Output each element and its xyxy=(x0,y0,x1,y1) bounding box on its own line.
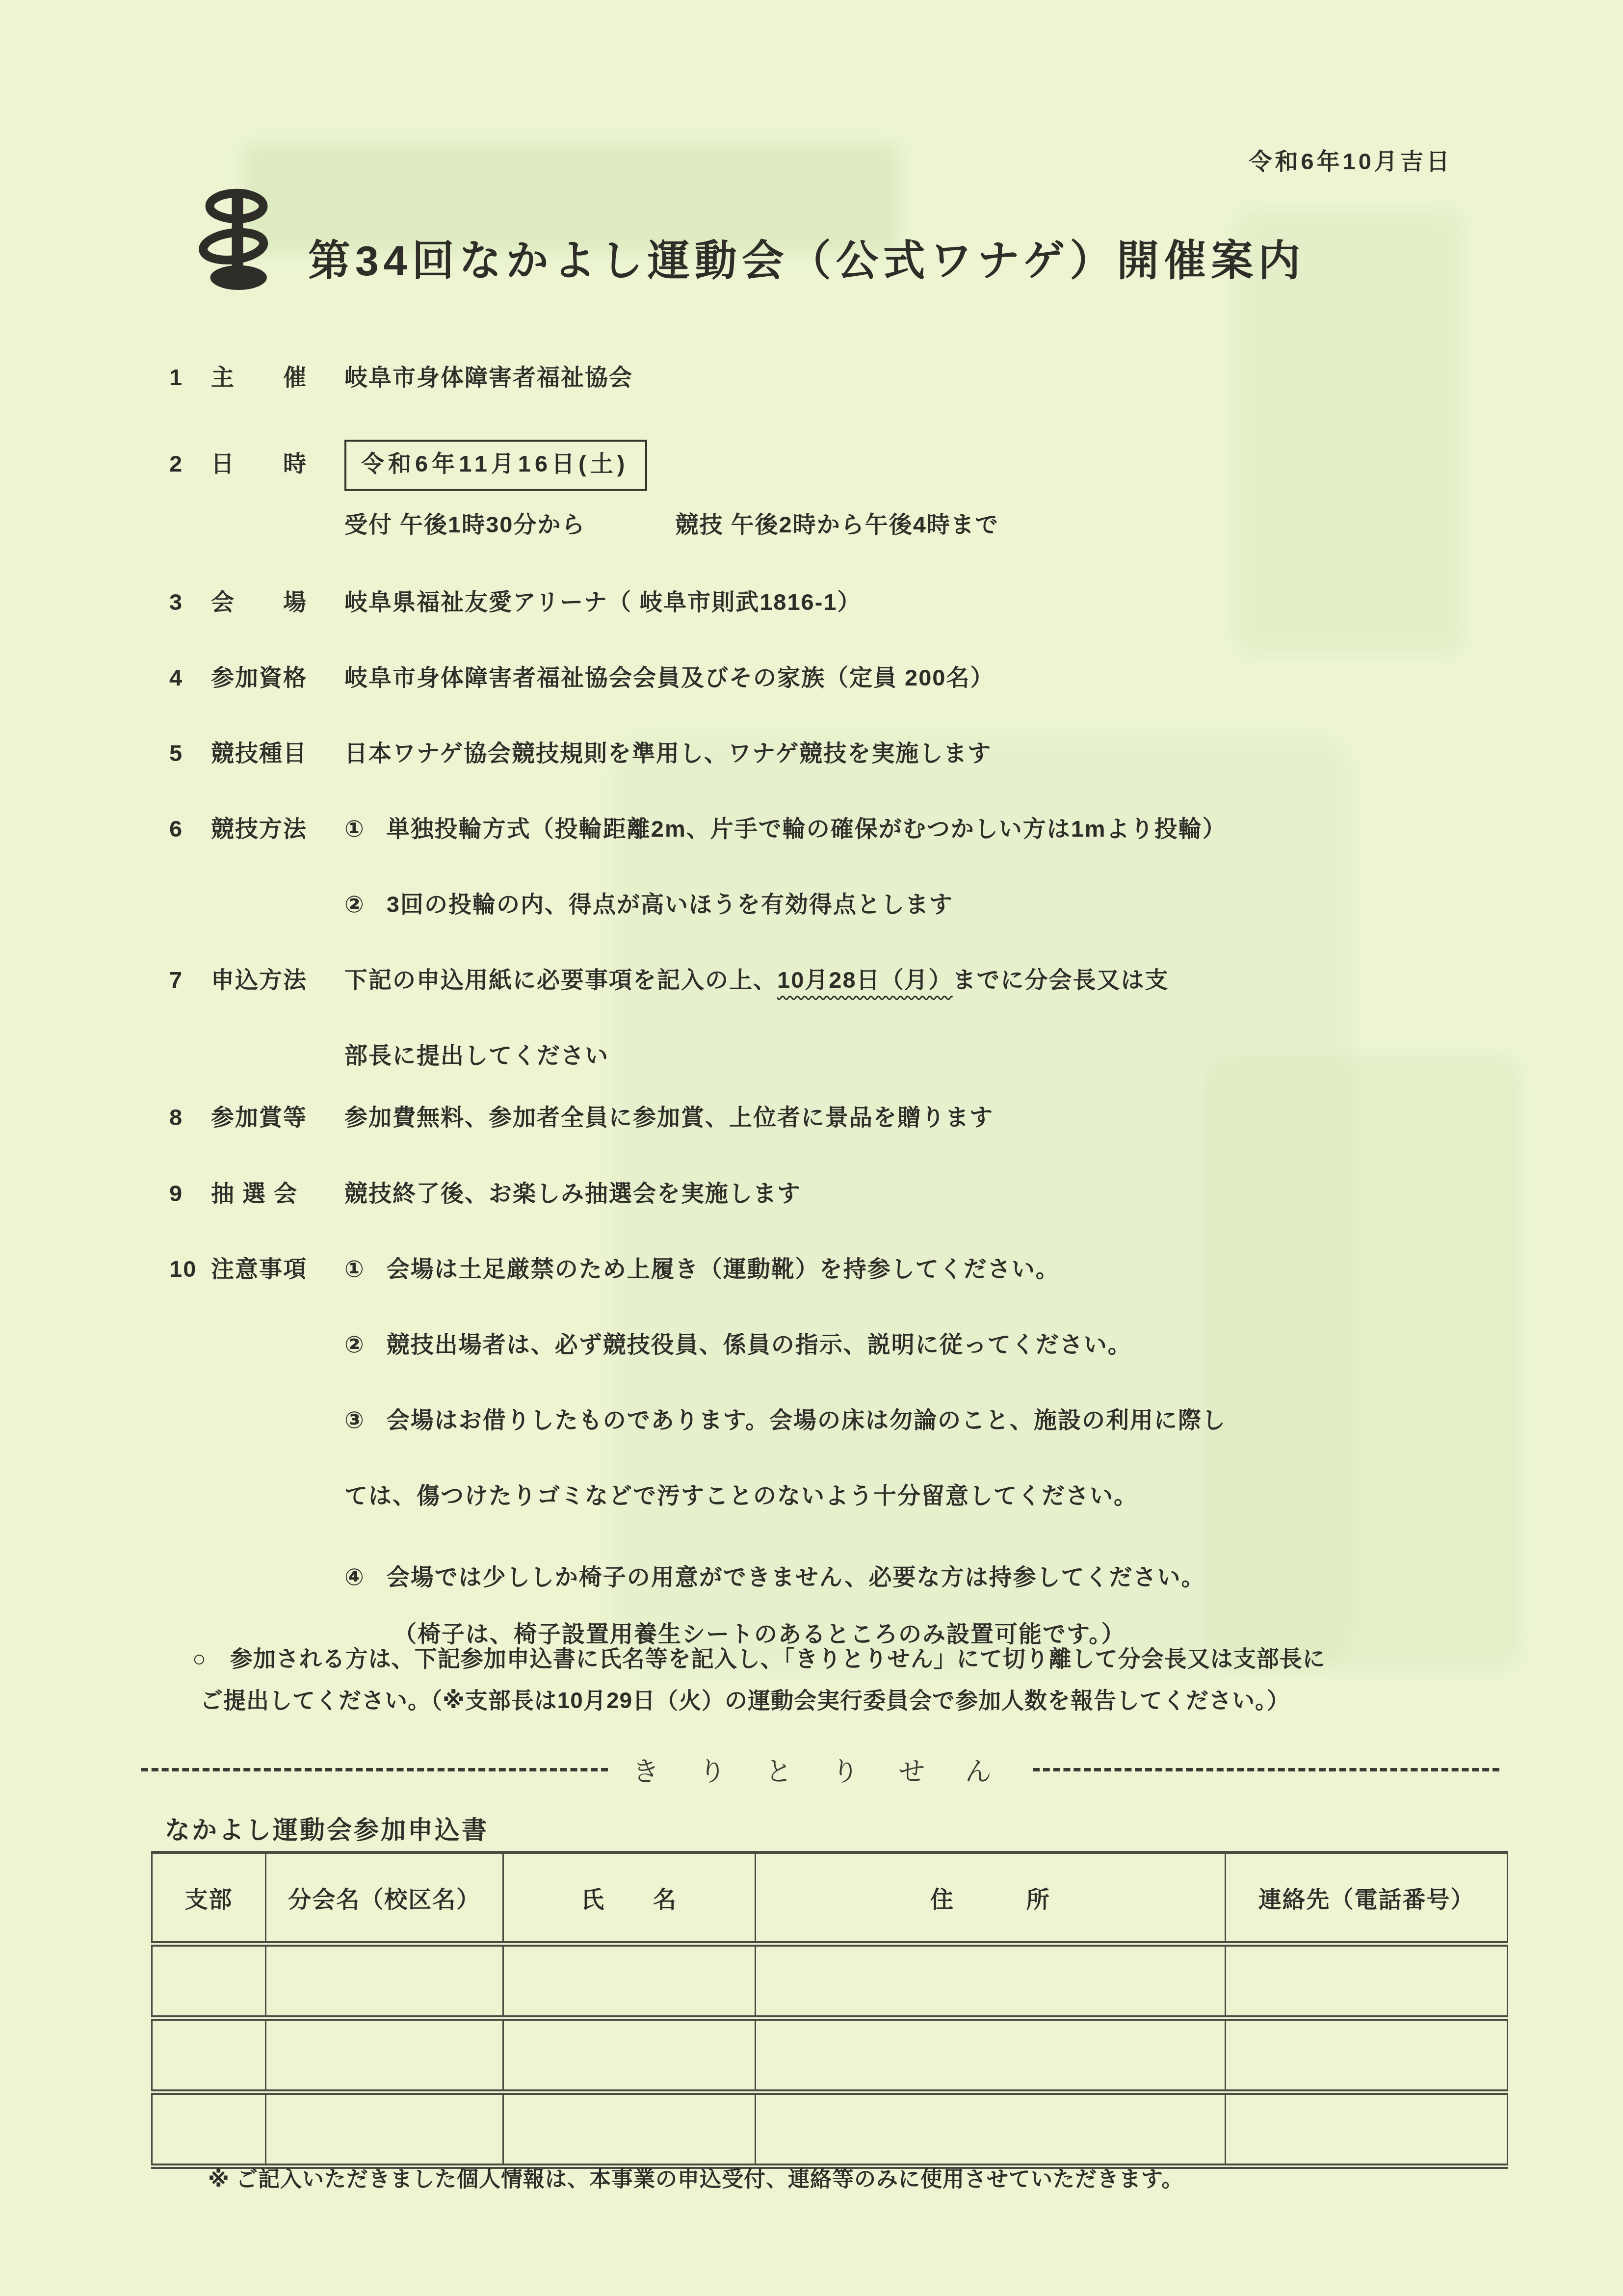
precaution-text: 会場は土足厳禁のため上履き（運動靴）を持参してください。 xyxy=(387,1256,1060,1282)
table-header-row: 支部 分会名（校区名） 氏 名 住 所 連絡先（電話番号） xyxy=(152,1852,1508,1944)
item-number: 9 xyxy=(169,1180,211,1207)
list-item-organizer: 1 主 催 岐阜市身体障害者福祉協会 xyxy=(169,364,1504,391)
ring-toss-icon xyxy=(195,185,278,291)
circle-marker: ○ xyxy=(192,1646,207,1671)
item-content: 岐阜市身体障害者福祉協会会員及びその家族（定員 200名） xyxy=(344,664,1504,691)
circled-number-marker: ② xyxy=(344,1331,365,1357)
rule-text: 単独投輪方式（投輪距離2m、片手で輪の確保がむつかしい方は1mより投輪） xyxy=(387,816,1227,842)
item-content: 岐阜県福祉友愛アリーナ（ 岐阜市則武1816-1） xyxy=(344,589,1504,615)
form-cell-subgroup xyxy=(266,1944,503,2018)
table-row xyxy=(152,2018,1508,2092)
item-label: 参加資格 xyxy=(211,664,344,691)
info-list: 1 主 催 岐阜市身体障害者福祉協会 2 日 時 令和6年11月16日(土) 受… xyxy=(169,364,1504,1696)
circled-number-marker: ④ xyxy=(344,1564,365,1590)
form-cell-phone xyxy=(1226,2018,1508,2092)
precaution-text: ては、傷つけたりゴミなどで汚すことのないよう十分留意してください。 xyxy=(344,1482,1504,1509)
form-cell-address xyxy=(755,2018,1226,2092)
reception-time: 受付 午後1時30分から xyxy=(344,511,585,537)
item-label: 会 場 xyxy=(211,589,344,615)
cut-here-line: き り と り せ ん xyxy=(141,1751,1499,1789)
list-item-rules-2: ②3回の投輪の内、得点が高いほうを有効得点とします xyxy=(169,891,1504,918)
list-item-lottery: 9 抽 選 会 競技終了後、お楽しみ抽選会を実施します xyxy=(169,1180,1504,1207)
col-header-phone: 連絡先（電話番号） xyxy=(1226,1852,1508,1944)
item-content: 令和6年11月16日(土) xyxy=(344,440,1504,491)
form-cell-subgroup xyxy=(266,2092,503,2166)
item-number: 8 xyxy=(169,1104,211,1131)
form-cell-name xyxy=(503,2092,755,2166)
item-label: 競技種目 xyxy=(211,740,344,766)
form-cell-subgroup xyxy=(266,2018,503,2092)
item-content: 岐阜市身体障害者福祉協会 xyxy=(344,364,1504,391)
item-content: 下記の申込用紙に必要事項を記入の上、10月28日（月）までに分会長又は支 xyxy=(344,967,1504,993)
list-item-datetime-schedule: 受付 午後1時30分から 競技 午後2時から午後4時まで xyxy=(169,511,1504,538)
item-content: 日本ワナゲ協会競技規則を準用し、ワナゲ競技を実施します xyxy=(344,740,1504,766)
application-text: 下記の申込用紙に必要事項を記入の上、 xyxy=(344,967,777,993)
item-content: 部長に提出してください xyxy=(344,1042,1504,1069)
item-content: ③会場はお借りしたものであります。会場の床は勿論のこと、施設の利用に際し xyxy=(344,1407,1504,1433)
dashed-line xyxy=(1033,1768,1499,1771)
item-number: 6 xyxy=(169,816,211,842)
item-label: 日 時 xyxy=(211,450,344,477)
issue-date: 令和6年10月吉日 xyxy=(1249,143,1452,176)
form-cell-address xyxy=(755,1944,1226,2018)
list-item-venue: 3 会 場 岐阜県福祉友愛アリーナ（ 岐阜市則武1816-1） xyxy=(169,589,1504,615)
col-header-name: 氏 名 xyxy=(503,1852,755,1944)
event-date-box: 令和6年11月16日(土) xyxy=(344,440,647,491)
item-content: 競技終了後、お楽しみ抽選会を実施します xyxy=(344,1180,1504,1207)
item-content: 参加費無料、参加者全員に参加賞、上位者に景品を贈ります xyxy=(344,1104,1504,1131)
item-content: ①単独投輪方式（投輪距離2m、片手で輪の確保がむつかしい方は1mより投輪） xyxy=(344,816,1504,842)
col-header-branch: 支部 xyxy=(152,1852,266,1944)
list-item-precautions-3: ③会場はお借りしたものであります。会場の床は勿論のこと、施設の利用に際し xyxy=(169,1407,1504,1433)
application-deadline: 10月28日（月） xyxy=(777,967,953,993)
cut-here-label: き り と り せ ん xyxy=(632,1751,1008,1789)
form-cell-address xyxy=(755,2092,1226,2166)
circled-number-marker: ② xyxy=(344,891,365,917)
list-item-precautions-1: 10 注意事項 ①会場は土足厳禁のため上履き（運動靴）を持参してください。 xyxy=(169,1256,1504,1282)
submission-note-line1: ○参加される方は、下記参加申込書に氏名等を記入し、「きりとりせん」にて切り離して… xyxy=(192,1638,1507,1680)
item-content: ①会場は土足厳禁のため上履き（運動靴）を持参してください。 xyxy=(344,1256,1504,1282)
dashed-line xyxy=(141,1768,608,1771)
item-number: 4 xyxy=(169,664,211,691)
precaution-text: 競技出場者は、必ず競技役員、係員の指示、説明に従ってください。 xyxy=(387,1331,1132,1357)
flyer-page: 令和6年10月吉日 第34回なかよし運動会（公式ワナゲ）開催案内 1 主 催 岐… xyxy=(0,0,1623,2296)
item-number: 3 xyxy=(169,589,211,615)
table-row xyxy=(152,2092,1508,2166)
circled-number-marker: ③ xyxy=(344,1407,365,1433)
list-item-rules-1: 6 競技方法 ①単独投輪方式（投輪距離2m、片手で輪の確保がむつかしい方は1mよ… xyxy=(169,816,1504,842)
form-cell-name xyxy=(503,2018,755,2092)
item-label: 注意事項 xyxy=(211,1256,344,1282)
table-row xyxy=(152,1944,1508,2018)
item-label: 参加賞等 xyxy=(211,1104,344,1131)
circled-number-marker: ① xyxy=(344,816,365,842)
circled-number-marker: ① xyxy=(344,1256,365,1282)
list-item-precautions-2: ②競技出場者は、必ず競技役員、係員の指示、説明に従ってください。 xyxy=(169,1331,1504,1358)
item-number: 1 xyxy=(169,364,211,391)
item-number: 7 xyxy=(169,967,211,993)
application-table: 支部 分会名（校区名） 氏 名 住 所 連絡先（電話番号） xyxy=(151,1851,1508,2169)
form-cell-phone xyxy=(1226,2092,1508,2166)
form-cell-phone xyxy=(1226,1944,1508,2018)
list-item-datetime: 2 日 時 令和6年11月16日(土) xyxy=(169,440,1504,491)
list-item-precautions-3-cont: ては、傷つけたりゴミなどで汚すことのないよう十分留意してください。 xyxy=(169,1482,1504,1509)
item-number: 5 xyxy=(169,740,211,766)
item-label: 競技方法 xyxy=(211,816,344,842)
form-cell-name xyxy=(503,1944,755,2018)
item-number: 2 xyxy=(169,450,211,477)
form-cell-branch xyxy=(152,1944,266,2018)
list-item-eligibility: 4 参加資格 岐阜市身体障害者福祉協会会員及びその家族（定員 200名） xyxy=(169,664,1504,691)
list-item-application-2: 部長に提出してください xyxy=(169,1042,1504,1069)
item-number: 10 xyxy=(169,1256,211,1282)
item-content: 受付 午後1時30分から 競技 午後2時から午後4時まで xyxy=(344,511,1504,538)
item-label: 申込方法 xyxy=(211,967,344,993)
form-cell-branch xyxy=(152,2018,266,2092)
form-cell-branch xyxy=(152,2092,266,2166)
item-label: 主 催 xyxy=(211,364,344,391)
item-content: ④会場では少ししか椅子の用意ができません、必要な方は持参してください。 xyxy=(344,1564,1504,1590)
list-item-event-type: 5 競技種目 日本ワナゲ協会競技規則を準用し、ワナゲ競技を実施します xyxy=(169,740,1504,766)
application-text: までに分会長又は支 xyxy=(953,967,1169,993)
privacy-footnote: ※ ご記入いただきました個人情報は、本事業の申込受付、連絡等のみに使用させていた… xyxy=(208,2162,1183,2193)
submission-note: ○参加される方は、下記参加申込書に氏名等を記入し、「きりとりせん」にて切り離して… xyxy=(192,1638,1507,1721)
item-label: 抽 選 会 xyxy=(211,1180,344,1207)
item-content: ②3回の投輪の内、得点が高いほうを有効得点とします xyxy=(344,891,1504,918)
list-item-application-1: 7 申込方法 下記の申込用紙に必要事項を記入の上、10月28日（月）までに分会長… xyxy=(169,967,1504,993)
item-content: ②競技出場者は、必ず競技役員、係員の指示、説明に従ってください。 xyxy=(344,1331,1504,1358)
col-header-address: 住 所 xyxy=(755,1852,1226,1944)
note-text: 参加される方は、下記参加申込書に氏名等を記入し、「きりとりせん」にて切り離して分… xyxy=(230,1646,1326,1671)
page-title: 第34回なかよし運動会（公式ワナゲ）開催案内 xyxy=(308,227,1305,288)
precaution-text: 会場では少ししか椅子の用意ができません、必要な方は持参してください。 xyxy=(387,1564,1205,1590)
precaution-text: 会場はお借りしたものであります。会場の床は勿論のこと、施設の利用に際し xyxy=(387,1407,1226,1433)
submission-note-line2: ご提出してください。（※支部長は10月29日（火）の運動会実行委員会で参加人数を… xyxy=(200,1680,1507,1721)
col-header-subgroup: 分会名（校区名） xyxy=(266,1852,503,1944)
competition-time: 競技 午後2時から午後4時まで xyxy=(676,511,999,537)
list-item-prizes: 8 参加賞等 参加費無料、参加者全員に参加賞、上位者に景品を贈ります xyxy=(169,1104,1504,1131)
application-form-title: なかよし運動会参加申込書 xyxy=(165,1810,489,1846)
list-item-precautions-4: ④会場では少ししか椅子の用意ができません、必要な方は持参してください。 xyxy=(169,1564,1504,1590)
rule-text: 3回の投輪の内、得点が高いほうを有効得点とします xyxy=(387,891,953,917)
